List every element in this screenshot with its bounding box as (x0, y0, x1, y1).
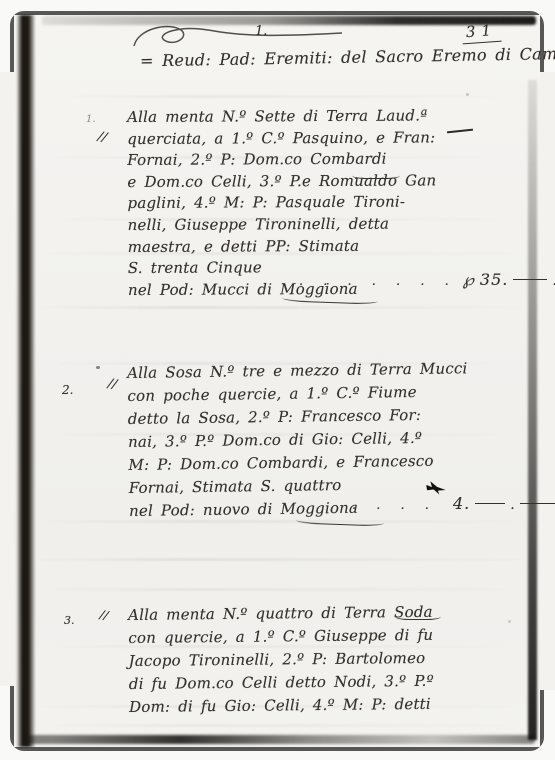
folio-number: 31 (461, 21, 501, 45)
entry-line: Alla menta N.º quattro di Terra Soda (128, 601, 433, 627)
book-gutter-shadow (17, 15, 35, 747)
leader-dots: . . . . (352, 498, 437, 513)
pen-dash (520, 503, 555, 504)
entry-line: Fornai, 2.º P: Dom.co Combardi (127, 149, 436, 172)
margin-number: 2. (62, 383, 73, 397)
entry-line: M: P: Dom.co Combardi, e Francesco (128, 449, 469, 477)
pen-dash (513, 279, 547, 280)
scan-viewer: 1. 31 = Reud: Pad: Eremiti: del Sacro Er… (0, 0, 555, 760)
page-edge-bottom (28, 735, 535, 744)
pen-dash (475, 503, 505, 504)
entry-value-row: . . . . . . . ℘ 35. . (299, 270, 555, 289)
page-edge-right (528, 80, 537, 740)
page-number: 1. (255, 24, 267, 39)
entry-line: paglini, 4.º M: P: Pasquale Tironi- (127, 192, 436, 215)
paper-speck (96, 366, 100, 369)
entry-value-row: . . . . 4. . (352, 494, 555, 513)
column-dot: . (510, 497, 514, 513)
flourish-underline (352, 172, 400, 179)
paper-speck (508, 620, 511, 623)
margin-number: 1. (86, 114, 96, 125)
entry-line: querciata, a 1.º C.º Pasquino, e Fran: (127, 127, 436, 150)
leader-dots: . . . . . . . (299, 274, 457, 289)
amount-value: 4. (453, 494, 470, 513)
entry-line: maestra, e detti PP: Stimata (128, 235, 437, 258)
paper-speck (466, 93, 469, 96)
entry-line: di fu Dom.co Celli detto Nodi, 3.º P.º (129, 670, 434, 696)
paper-bleed-right (540, 72, 555, 690)
flourish-underline (395, 613, 441, 620)
entry-line: nelli, Giuseppe Tironinelli, detta (128, 213, 437, 236)
entry-line: con quercie, a 1.º C.º Giuseppe di fu (128, 624, 433, 650)
paper-bleed-left (0, 72, 14, 686)
entry-line: Alla menta N.º Sette di Terra Laud.ª (127, 105, 436, 128)
entry-line: Dom: di fu Gio: Celli, 4.º M: P: detti (129, 693, 434, 719)
ledger-entry-3: Alla menta N.º quattro di Terra Soda con… (128, 601, 434, 719)
entry-line: Jacopo Tironinelli, 2.º P: Bartolomeo (128, 647, 433, 673)
amount-value: 35. (480, 270, 508, 289)
currency-symbol: ℘ (463, 270, 474, 289)
margin-number: 3. (64, 614, 75, 627)
